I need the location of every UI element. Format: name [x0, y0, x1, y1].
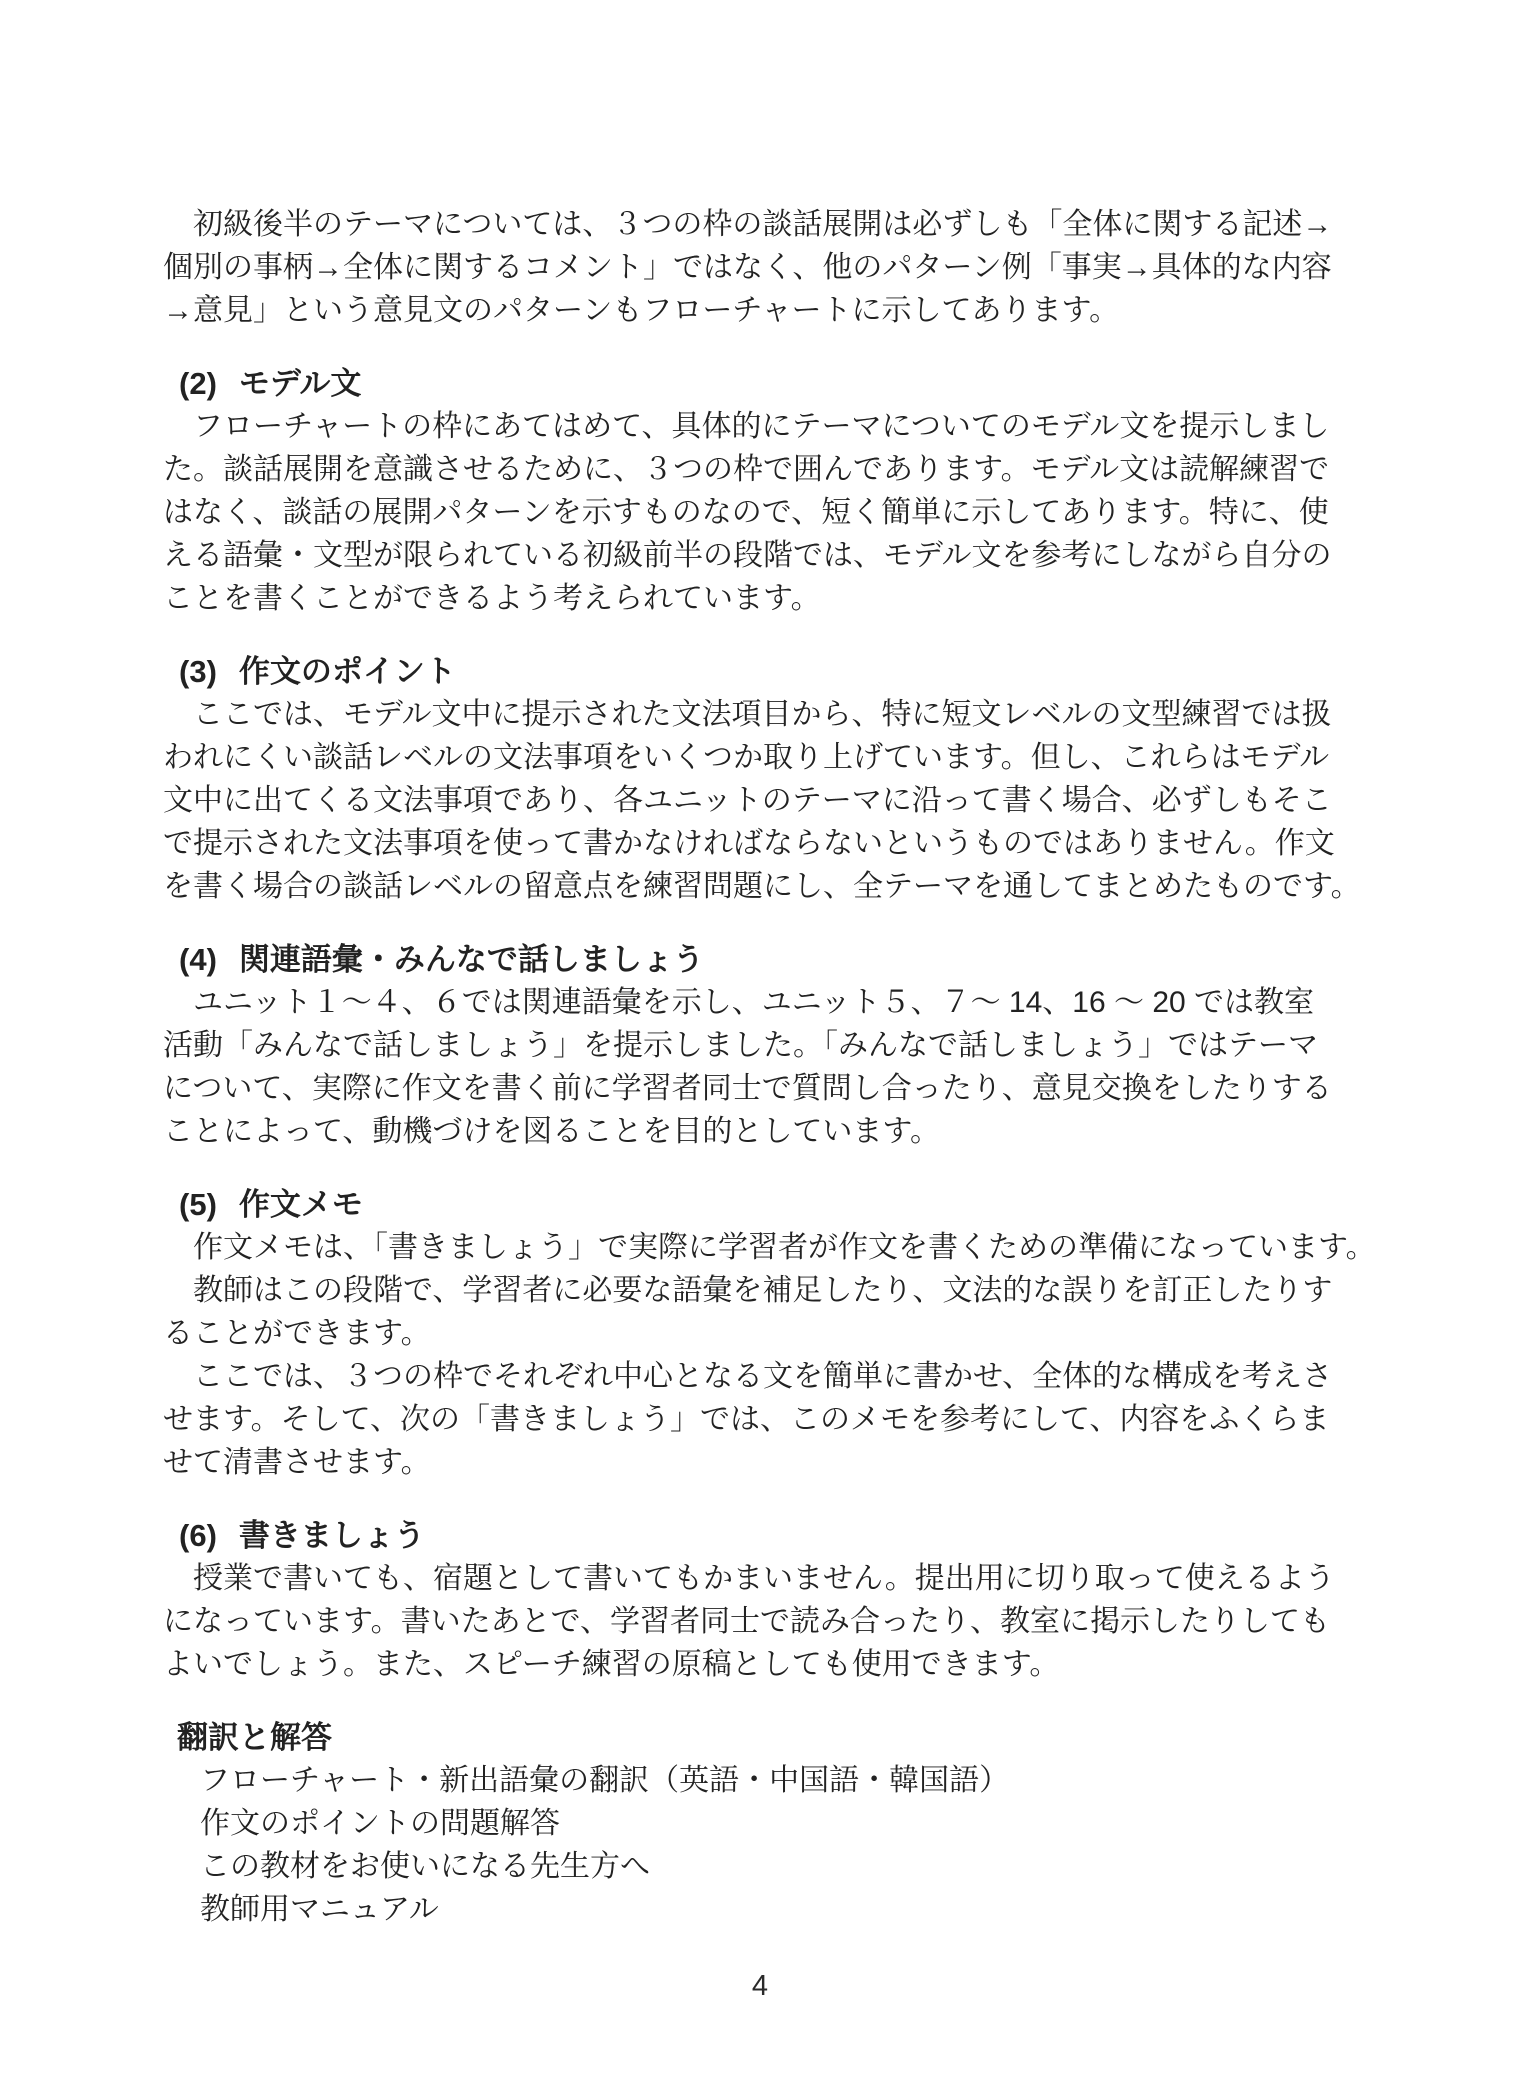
- section-title: 書きましょう: [239, 1518, 425, 1553]
- section-number: (6): [179, 1518, 217, 1553]
- section-number: (3): [179, 654, 217, 689]
- section-sakubun-point: (3)作文のポイント ここでは、モデル文中に提示された文法項目から、特に短文レベ…: [163, 650, 1363, 908]
- section-kanren-goi: (4)関連語彙・みんなで話しましょう ユニット１～４、６では関連語彙を示し、ユニ…: [163, 938, 1363, 1153]
- section-body: フローチャートの枠にあてはめて、具体的にテーマについてのモデル文を提示しまし た…: [163, 405, 1363, 620]
- appendix-honyaku-kaitou: 翻訳と解答 フローチャート・新出語彙の翻訳（英語・中国語・韓国語） 作文のポイン…: [163, 1716, 1363, 1931]
- section-title: モデル文: [239, 366, 361, 401]
- section-number: (2): [179, 366, 217, 401]
- section-heading: (4)関連語彙・みんなで話しましょう: [163, 938, 1363, 981]
- section-heading: (6)書きましょう: [163, 1514, 1363, 1557]
- section-body: ここでは、モデル文中に提示された文法項目から、特に短文レベルの文型練習では扱 わ…: [163, 693, 1363, 908]
- section-sakubun-memo: (5)作文メモ 作文メモは、「書きましょう」で実際に学習者が作文を書くための準備…: [163, 1183, 1363, 1484]
- section-number: (4): [179, 942, 217, 977]
- page-content: 初級後半のテーマについては、３つの枠の談話展開は必ずしも「全体に関する記述→ 個…: [163, 203, 1363, 1931]
- appendix-item: 教師用マニュアル: [200, 1888, 1363, 1931]
- appendix-item: この教材をお使いになる先生方へ: [200, 1845, 1363, 1888]
- appendix-item: 作文のポイントの問題解答: [200, 1802, 1363, 1845]
- appendix-item: フローチャート・新出語彙の翻訳（英語・中国語・韓国語）: [200, 1759, 1363, 1802]
- section-heading: (5)作文メモ: [163, 1183, 1363, 1226]
- section-title: 作文のポイント: [239, 654, 456, 689]
- section-number: (5): [179, 1187, 217, 1222]
- section-body: 授業で書いても、宿題として書いてもかまいません。提出用に切り取って使えるよう に…: [163, 1557, 1363, 1686]
- document-page: 初級後半のテーマについては、３つの枠の談話展開は必ずしも「全体に関する記述→ 個…: [0, 0, 1520, 2095]
- section-heading: (3)作文のポイント: [163, 650, 1363, 693]
- page-number: 4: [0, 1970, 1520, 2003]
- section-body: ユニット１～４、６では関連語彙を示し、ユニット５、７～ 14、16 ～ 20 で…: [163, 981, 1363, 1153]
- section-model-bun: (2)モデル文 フローチャートの枠にあてはめて、具体的にテーマについてのモデル文…: [163, 362, 1363, 620]
- appendix-item-list: フローチャート・新出語彙の翻訳（英語・中国語・韓国語） 作文のポイントの問題解答…: [163, 1759, 1363, 1931]
- section-kakimashou: (6)書きましょう 授業で書いても、宿題として書いてもかまいません。提出用に切り…: [163, 1514, 1363, 1686]
- section-title: 作文メモ: [239, 1187, 363, 1222]
- section-heading: (2)モデル文: [163, 362, 1363, 405]
- appendix-title: 翻訳と解答: [163, 1716, 1363, 1759]
- section-body: 作文メモは、「書きましょう」で実際に学習者が作文を書くための準備になっています。…: [163, 1226, 1363, 1484]
- intro-paragraph: 初級後半のテーマについては、３つの枠の談話展開は必ずしも「全体に関する記述→ 個…: [163, 203, 1363, 332]
- section-title: 関連語彙・みんなで話しましょう: [239, 942, 704, 977]
